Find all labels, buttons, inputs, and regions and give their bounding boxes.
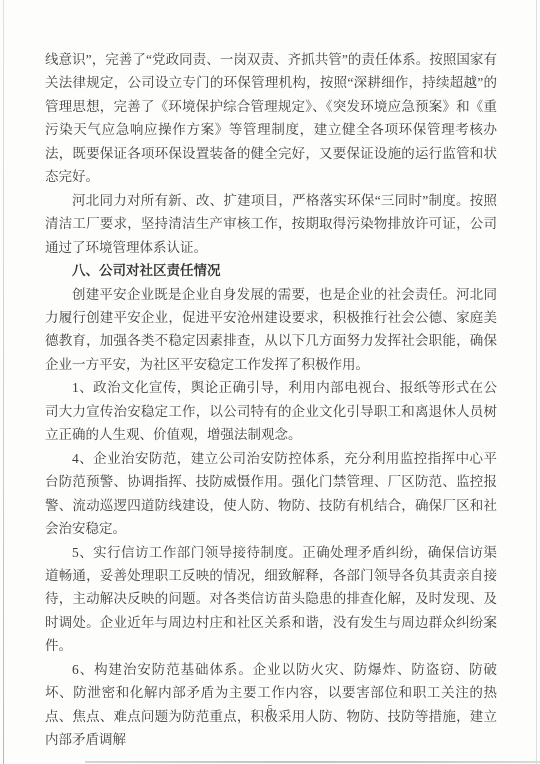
page-left-edge bbox=[3, 0, 4, 764]
scanned-document-page: 线意识”，完善了“党政同责、一岗双责、齐抓共管”的责任体系。按照国家有关法律规定… bbox=[0, 0, 540, 764]
paragraph-item-4-security-prevention: 4、企业治安防范，建立公司治安防控体系，充分利用监控指挥中心平台防范预警、协调指… bbox=[45, 447, 497, 541]
paragraph-item-5-petition-reception: 5、实行信访工作部门领导接待制度。正确处理矛盾纠纷，确保信访渠道畅通，妥善处理职… bbox=[45, 541, 497, 658]
page-right-edge bbox=[536, 0, 537, 764]
paragraph-three-simultaneous: 河北同力对所有新、改、扩建项目，严格落实环保“三同时”制度。按照清洁工厂要求，坚… bbox=[45, 189, 497, 259]
paragraph-environment-responsibility: 线意识”，完善了“党政同责、一岗双责、齐抓共管”的责任体系。按照国家有关法律规定… bbox=[45, 48, 497, 189]
page-bottom-edge bbox=[85, 761, 540, 763]
document-body: 线意识”，完善了“党政同责、一岗双责、齐抓共管”的责任体系。按照国家有关法律规定… bbox=[45, 48, 497, 752]
page-number: 5 bbox=[0, 702, 540, 716]
paragraph-safe-enterprise-intro: 创建平安企业既是企业自身发展的需要，也是企业的社会责任。河北同力履行创建平安企业… bbox=[45, 283, 497, 377]
section-heading-community-responsibility: 八、公司对社区责任情况 bbox=[45, 259, 497, 282]
paragraph-item-1-political-culture: 1、政治文化宣传，舆论正确引导，利用内部电视台、报纸等形式在公司大力宣传治安稳定… bbox=[45, 376, 497, 446]
